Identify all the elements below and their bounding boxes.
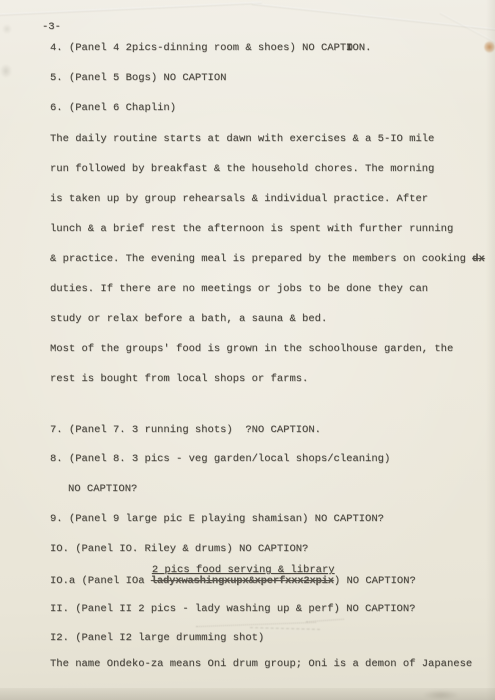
list-item-5: 5. (Panel 5 Bogs) NO CAPTION: [50, 71, 226, 85]
paragraph-line: run followed by breakfast & the househol…: [50, 162, 434, 176]
text-segment: ON.: [352, 42, 371, 54]
text-segment: IO.a (Panel IOa: [50, 575, 151, 587]
list-item-6: 6. (Panel 6 Chaplin): [50, 101, 176, 115]
pencil-smudge: [196, 622, 316, 627]
paragraph-line: lunch & a brief rest the afternoon is sp…: [50, 222, 453, 236]
list-item-7: 7. (Panel 7. 3 running shots) ?NO CAPTIO…: [50, 423, 321, 437]
list-item-8: 8. (Panel 8. 3 pics - veg garden/local s…: [50, 452, 390, 466]
list-item-11: II. (Panel II 2 pics - lady washing up &…: [50, 602, 415, 616]
paper-edge-shadow: [486, 0, 495, 700]
list-item-10a: IO.a (Panel IOa 2 pics food serving & li…: [50, 574, 416, 588]
pencil-smudge: [306, 619, 344, 623]
pencil-smudge: [250, 627, 320, 630]
paragraph-line: is taken up by group rehearsals & indivi…: [50, 192, 428, 206]
margin-smudge: [0, 64, 12, 78]
paragraph-line: rest is bought from local shops or farms…: [50, 372, 308, 386]
correction-block: 2 pics food serving & libraryladyxwashin…: [151, 574, 334, 588]
paper-crease: [0, 2, 262, 16]
text-segment: & practice. The evening meal is prepared…: [50, 253, 472, 265]
paragraph-line: Most of the groups' food is grown in the…: [50, 342, 453, 356]
margin-smudge: [2, 24, 12, 34]
paragraph-line: study or relax before a bath, a sauna & …: [50, 312, 327, 326]
text-segment: ) NO CAPTION?: [334, 575, 416, 587]
paper-crease: [252, 3, 495, 31]
crossed-out-text: ladyxwashingxupx&xperfxxx2xpix: [151, 575, 334, 587]
list-item-10: IO. (Panel IO. Riley & drums) NO CAPTION…: [50, 542, 308, 556]
page-number: -3-: [42, 20, 61, 34]
rust-stain: [484, 41, 495, 53]
paragraph-line: The daily routine starts at dawn with ex…: [50, 132, 434, 146]
paragraph-line: & practice. The evening meal is prepared…: [50, 252, 485, 266]
crossed-out-typo: dx: [472, 253, 485, 265]
list-item-9: 9. (Panel 9 large pic E playing shamisan…: [50, 512, 384, 526]
paragraph-line: duties. If there are no meetings or jobs…: [50, 282, 428, 296]
typewritten-page: -3- 4. (Panel 4 2pics-dinning room & sho…: [0, 0, 495, 700]
list-item-4: 4. (Panel 4 2pics-dinning room & shoes) …: [50, 41, 371, 55]
overstruck-character: ID: [346, 41, 352, 55]
list-item-12: I2. (Panel I2 large drumming shot): [50, 631, 264, 645]
list-item-8-continuation: NO CAPTION?: [68, 482, 137, 496]
text-segment: 4. (Panel 4 2pics-dinning room & shoes) …: [50, 42, 346, 54]
paper-edge-shadow: [0, 688, 495, 700]
paragraph-line: The name Ondeko-za means Oni drum group;…: [50, 657, 472, 671]
paper-edge-shadow: [424, 690, 458, 700]
overtyped-character: D: [347, 41, 353, 55]
